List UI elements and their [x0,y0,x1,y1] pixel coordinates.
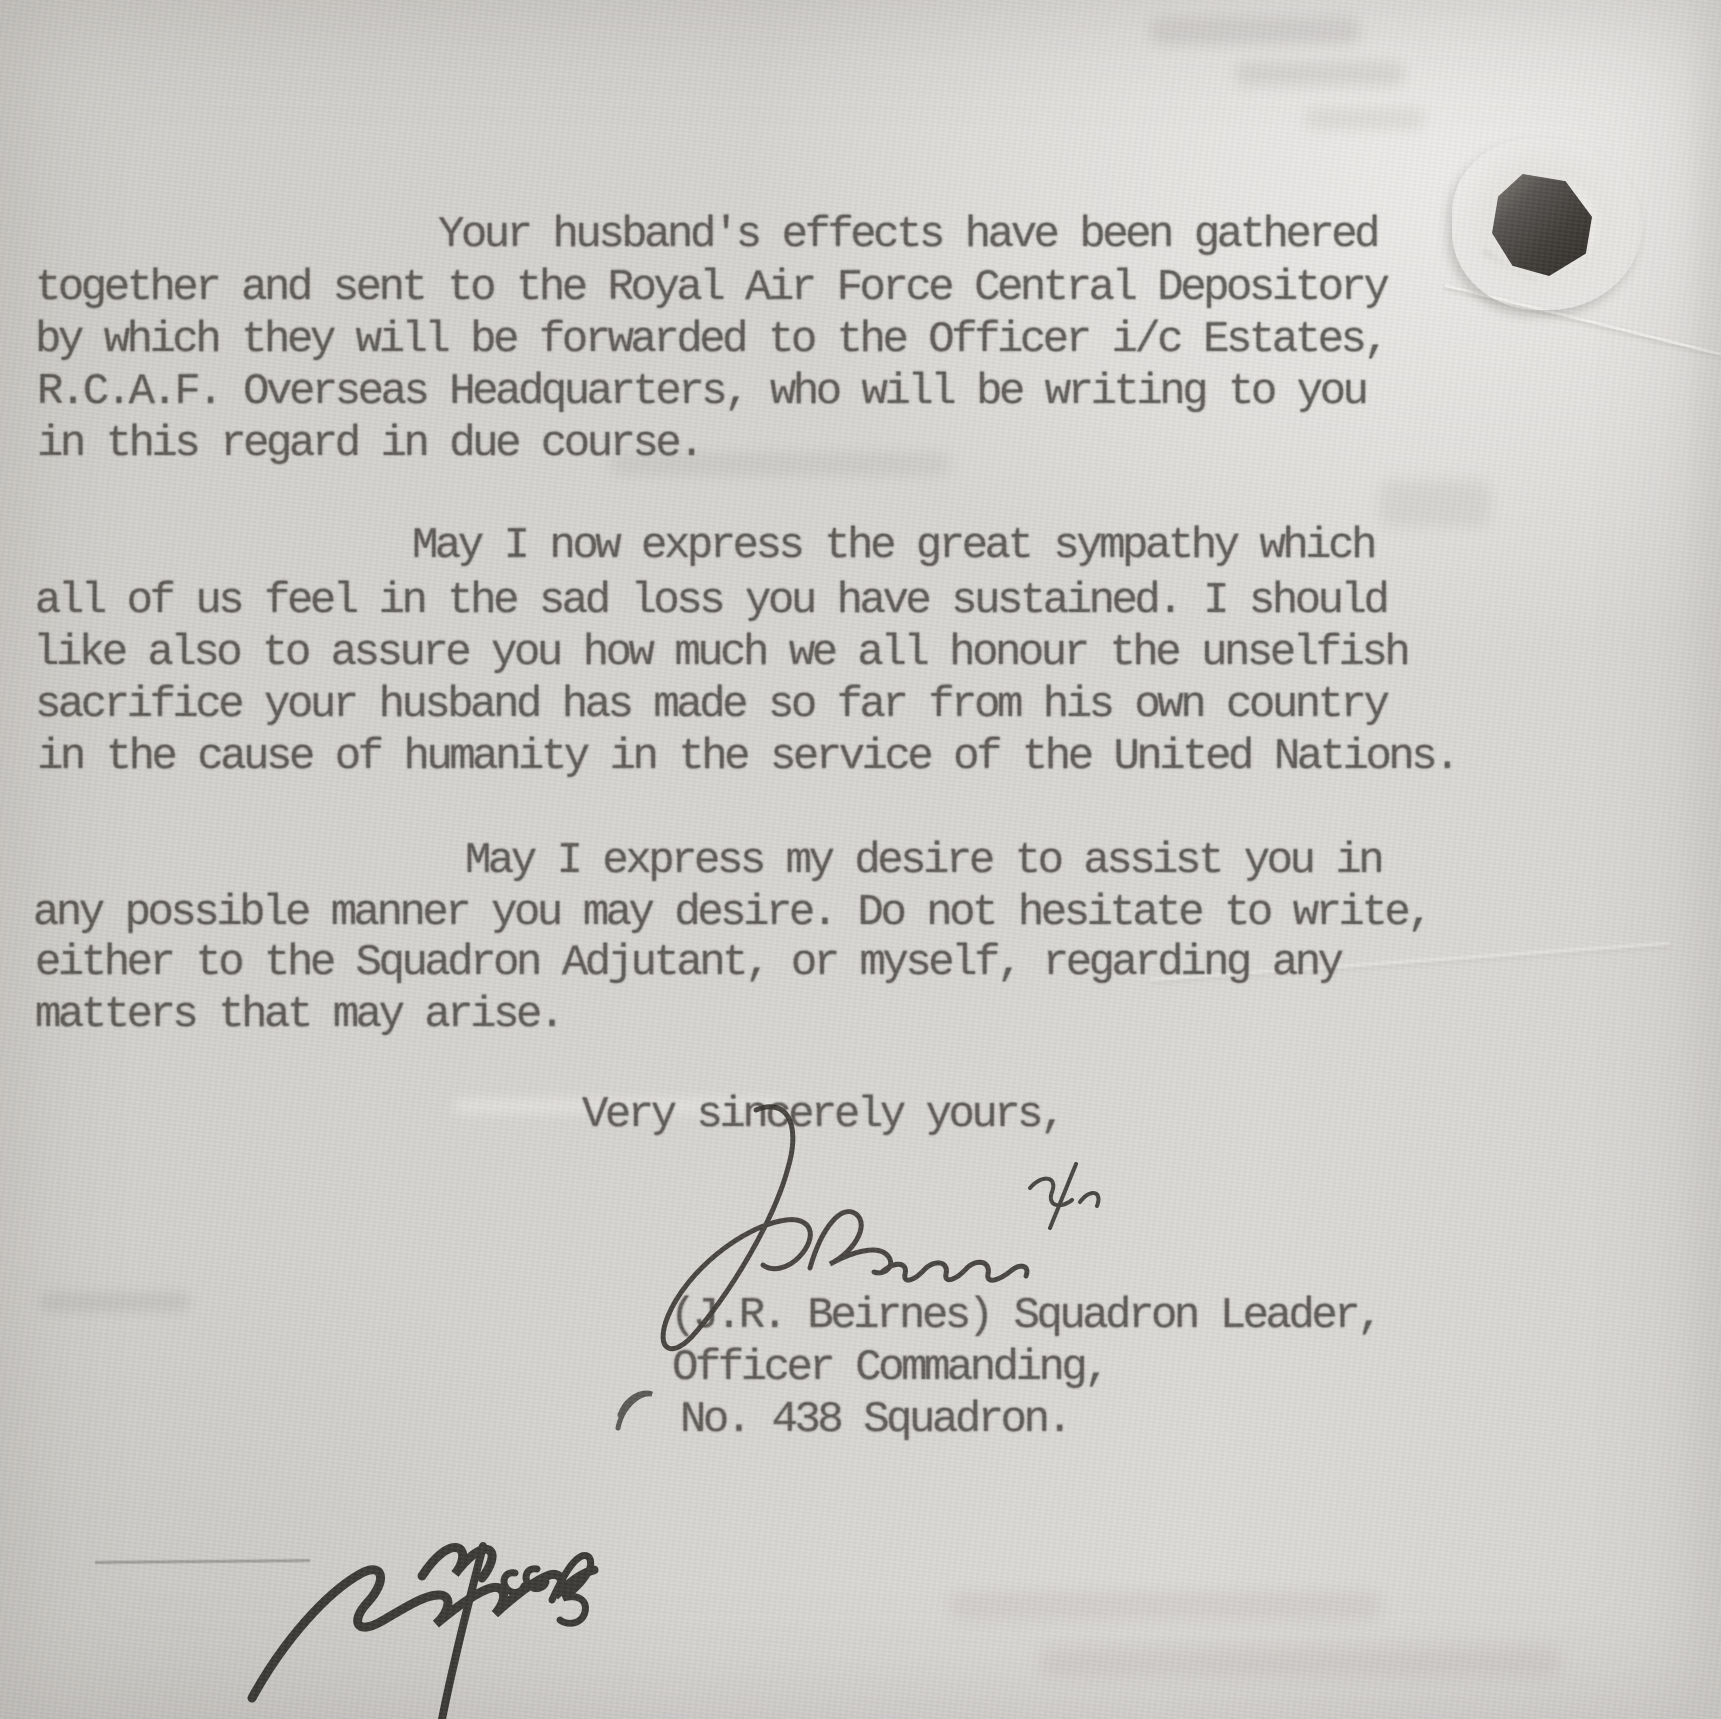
bleedthrough-smudge [1235,62,1405,86]
letter-line: R.C.A.F. Overseas Headquarters, who will… [37,369,1365,415]
letter-scan: Your husband's effects have been gathere… [0,0,1721,1719]
bleedthrough-smudge [1305,108,1425,130]
letter-line: matters that may arise. [35,992,562,1038]
letter-line: by which they will be forwarded to the O… [35,317,1386,363]
letter-line: May I now express the great sympathy whi… [412,523,1374,569]
letter-line: in the cause of humanity in the service … [37,734,1457,780]
bleedthrough-smudge [950,1592,1380,1620]
letter-line: all of us feel in the sad loss you have … [35,578,1386,624]
letter-line: May I express my desire to assist you in [465,838,1381,884]
closing-line: Very sincerely yours, [582,1092,1063,1138]
paper-crease [1685,0,1721,1719]
pencil-line [95,1559,310,1564]
letter-line: together and sent to the Royal Air Force… [35,265,1386,311]
signed-name-line: (J.R. Beirnes) Squadron Leader, [670,1293,1380,1339]
letter-line: in this regard in due course. [37,421,701,467]
letter-line: either to the Squadron Adjutant, or myse… [35,940,1341,986]
letter-line: any possible manner you may desire. Do n… [33,890,1430,936]
letter-line: Your husband's effects have been gathere… [438,212,1377,258]
bleedthrough-smudge [1150,18,1360,44]
bleedthrough-smudge [1040,1646,1560,1676]
letter-line: sacrifice your husband has made so far f… [35,682,1386,728]
bleedthrough-smudge [1380,480,1490,526]
signed-title-line: Officer Commanding, [672,1345,1107,1391]
signed-unit-line: No. 438 Squadron. [680,1397,1069,1443]
letter-line: like also to assure you how much we all … [33,630,1407,676]
bleedthrough-smudge [40,1292,190,1312]
